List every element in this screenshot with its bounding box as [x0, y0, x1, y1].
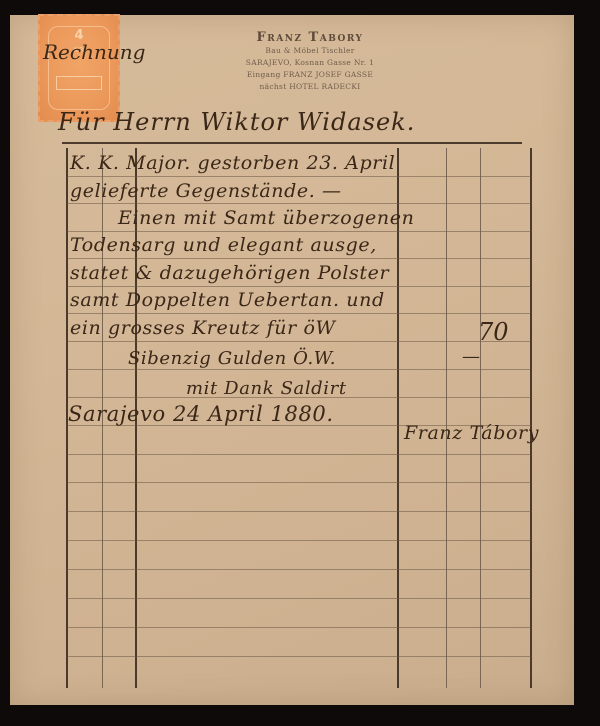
grid-row-line	[67, 482, 531, 483]
amount-in-words: Sibenzig Gulden Ö.W.	[128, 348, 336, 369]
grid-row-line	[67, 286, 531, 287]
grid-row-line	[67, 540, 531, 541]
grid-row-line	[67, 454, 531, 455]
grid-row-line	[67, 569, 531, 570]
item-line: gelieferte Gegenstände. —	[70, 180, 342, 202]
grid-column-line	[480, 148, 481, 688]
grid-column-line	[397, 148, 399, 688]
grid-row-line	[67, 511, 531, 512]
amount-kreuzer: —	[462, 346, 480, 367]
signature: Franz Tábory	[404, 422, 539, 444]
place-date: Sarajevo 24 April 1880.	[68, 402, 334, 426]
grid-row-line	[67, 341, 531, 342]
paid-note: mit Dank Saldirt	[186, 378, 347, 399]
item-line: Todensarg und elegant ausge,	[70, 234, 377, 256]
grid-row-line	[67, 313, 531, 314]
item-line: statet & dazugehörigen Polster	[70, 262, 389, 284]
item-line: Einen mit Samt überzogenen	[118, 207, 414, 229]
item-line: samt Doppelten Uebertan. und	[70, 289, 385, 311]
grid-column-line	[446, 148, 447, 688]
item-line: K. K. Major. gestorben 23. April	[70, 152, 395, 174]
grid-row-line	[67, 231, 531, 232]
grid-border-right	[530, 148, 532, 688]
item-line: ein grosses Kreutz für öW	[70, 317, 336, 339]
grid-row-line	[67, 598, 531, 599]
grid-row-line	[67, 656, 531, 657]
grid-row-line	[67, 369, 531, 370]
grid-row-line	[67, 203, 531, 204]
amount-gulden: 70	[478, 318, 509, 346]
grid-row-line	[67, 258, 531, 259]
grid-row-line	[67, 627, 531, 628]
grid-row-line	[67, 176, 531, 177]
